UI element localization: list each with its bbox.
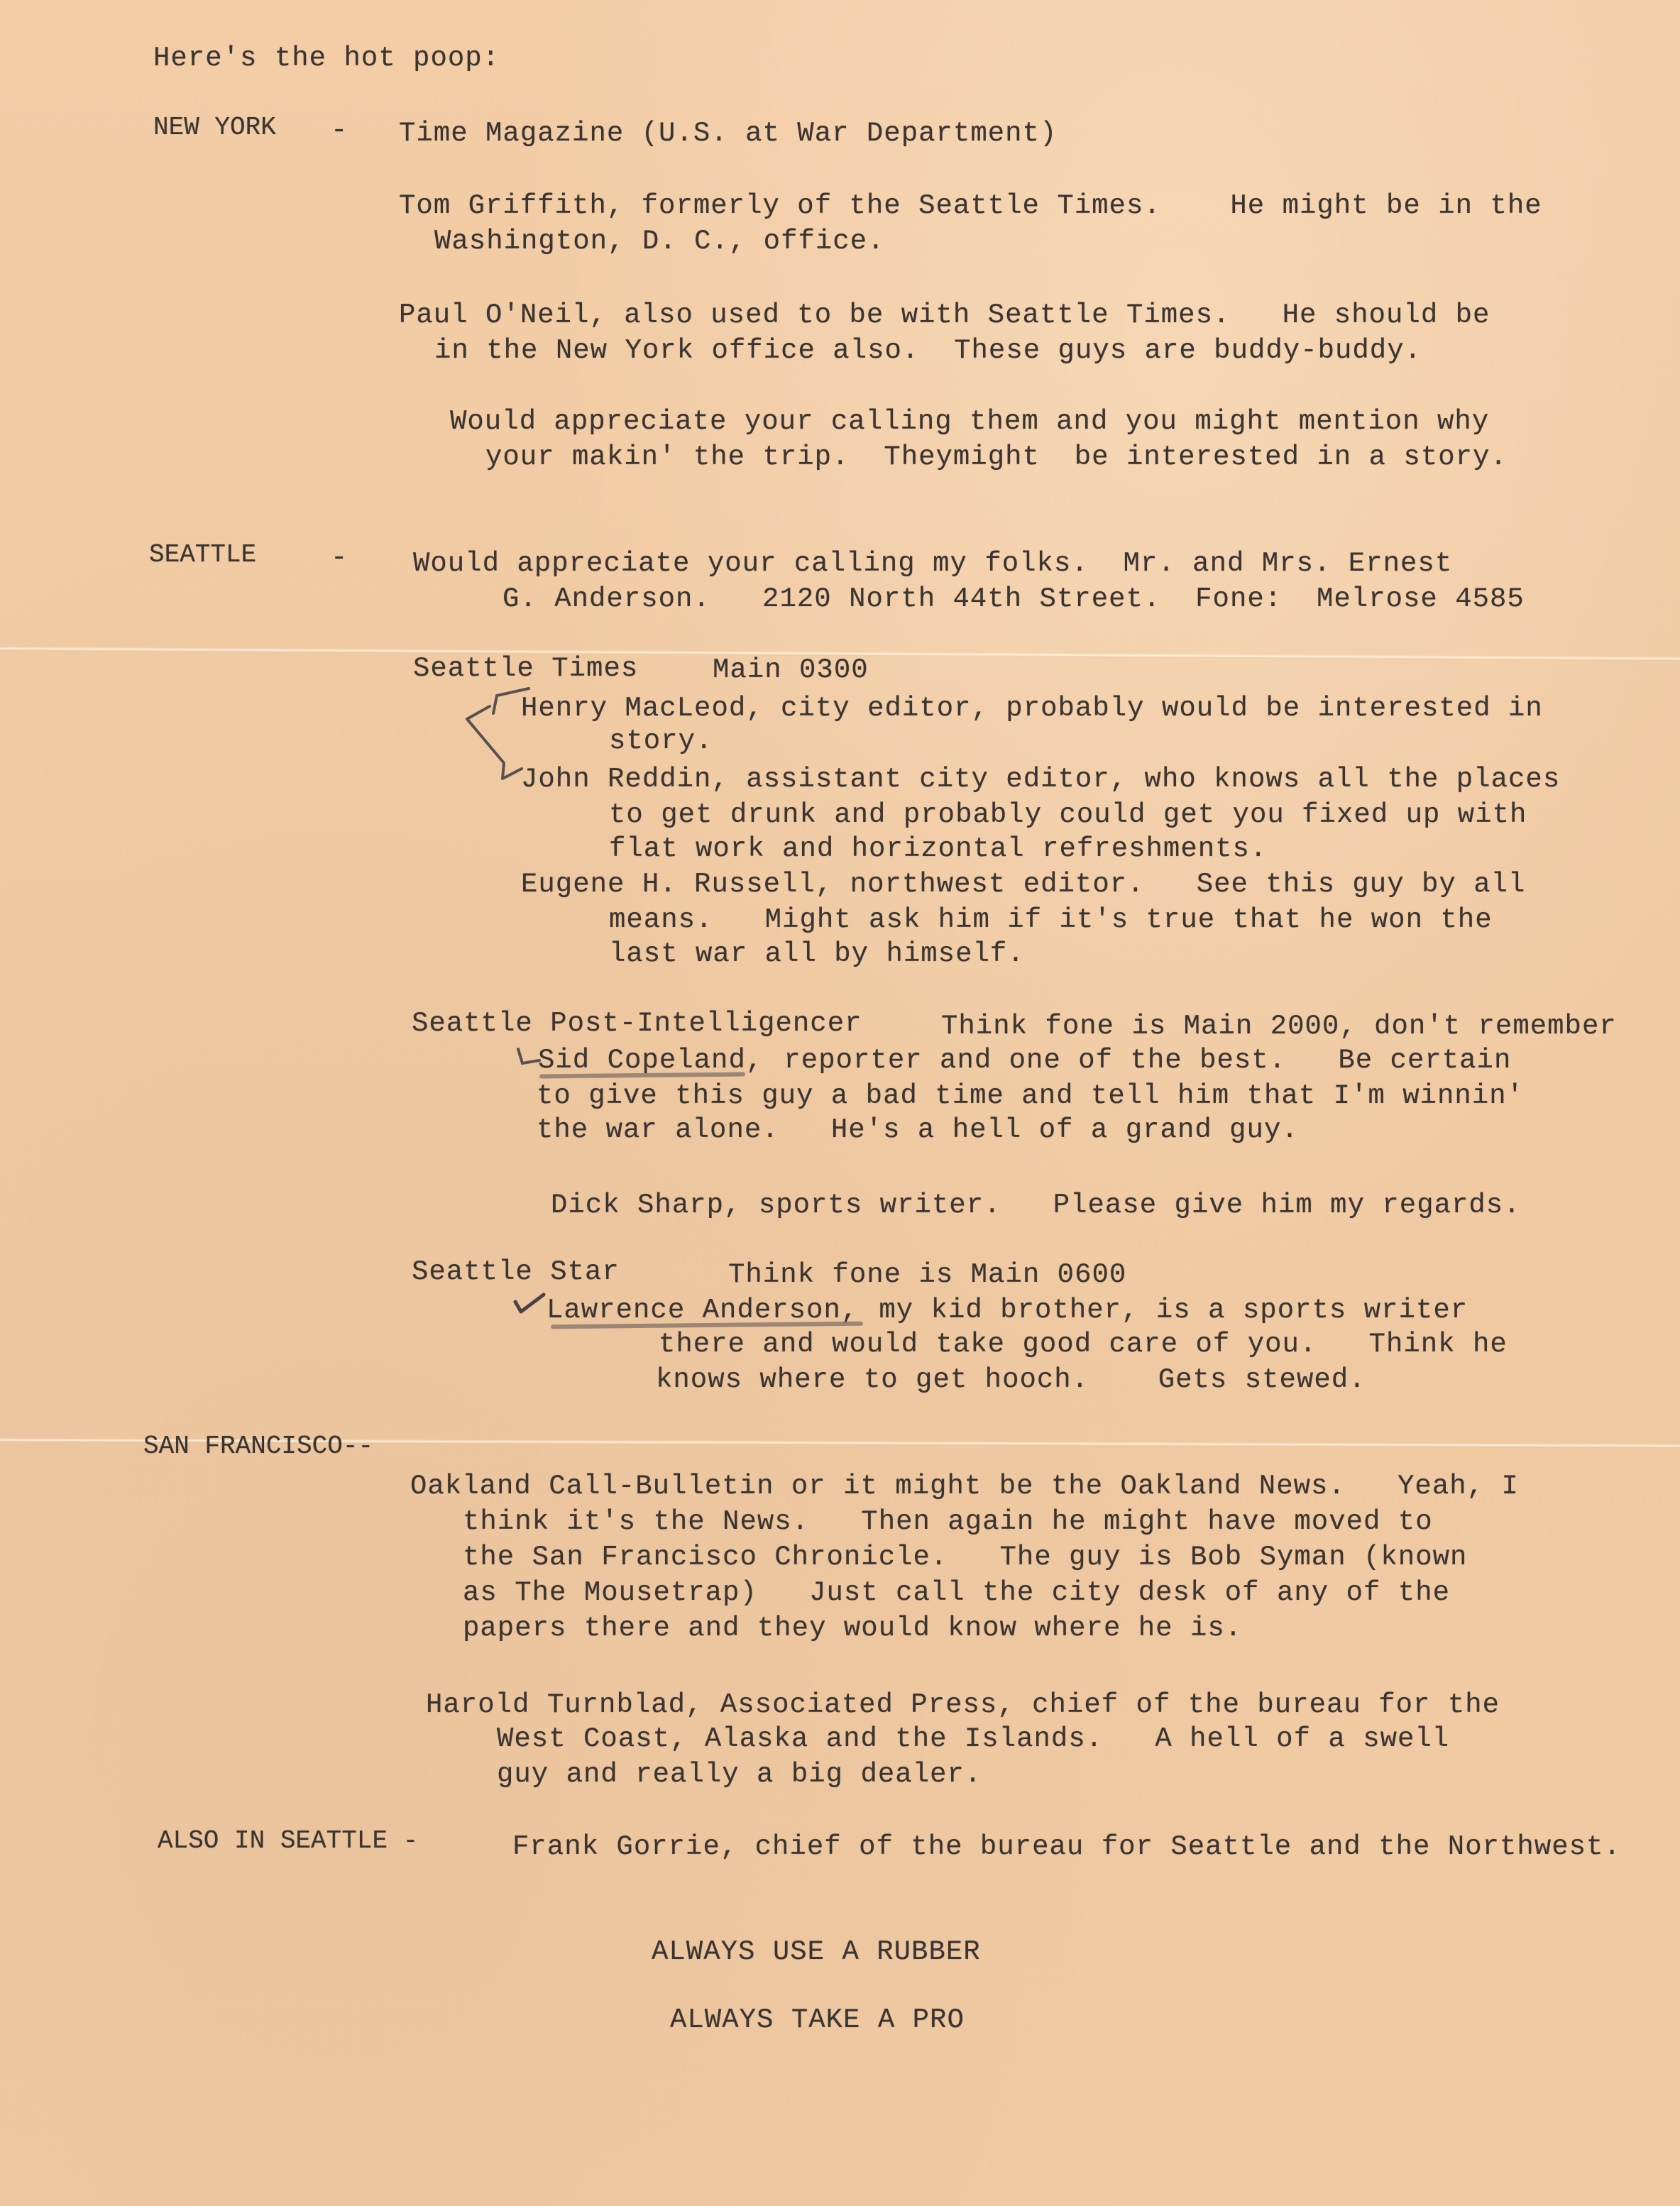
pencil-check-icon	[512, 1290, 548, 1319]
paper-name-seattle-times: Seattle Times	[413, 652, 638, 686]
section-dash: -	[331, 114, 348, 148]
closing-line-2: ALWAYS TAKE A PRO	[670, 2003, 965, 2037]
contact-john-reddin-line3: flat work and horizontal refreshments.	[609, 832, 1267, 866]
paper-phone-seattle-star: Think fone is Main 0600	[728, 1258, 1126, 1292]
contact-eugene-russell-line2: means. Might ask him if it's true that h…	[609, 903, 1493, 937]
contact-henry-macleod-line1: Henry MacLeod, city editor, probably wou…	[521, 691, 1543, 725]
section-heading-san-francisco: SAN FRANCISCO--	[143, 1429, 373, 1464]
section-heading-new-york: NEW YORK	[153, 111, 276, 145]
contact-lawrence-anderson-line2: there and would take good care of you. T…	[659, 1327, 1508, 1361]
contact-harold-turnblad-line3: guy and really a big dealer.	[497, 1757, 982, 1791]
contact-henry-macleod-line2: story.	[609, 724, 713, 758]
section-heading-also-in-seattle: ALSO IN SEATTLE -	[158, 1824, 418, 1858]
contact-tom-griffith-line2: Washington, D. C., office.	[434, 224, 885, 258]
new-york-note-line1: Would appreciate your calling them and y…	[450, 405, 1489, 439]
contact-tom-griffith-line1: Tom Griffith, formerly of the Seattle Ti…	[399, 189, 1542, 223]
contact-dick-sharp: Dick Sharp, sports writer. Please give h…	[551, 1188, 1521, 1222]
contact-john-reddin-line2: to get drunk and probably could get you …	[609, 798, 1527, 832]
contact-eugene-russell-line1: Eugene H. Russell, northwest editor. See…	[521, 867, 1525, 901]
seattle-folks-line2: G. Anderson. 2120 North 44th Street. Fon…	[503, 582, 1525, 616]
contact-lawrence-anderson-line1: my kid brother, is a sports writer	[862, 1293, 1468, 1327]
sf-paragraph-line3: the San Francisco Chronicle. The guy is …	[463, 1540, 1467, 1574]
contact-lawrence-anderson-line3: knows where to get hooch. Gets stewed.	[656, 1363, 1366, 1397]
paper-name-seattle-star: Seattle Star	[412, 1255, 620, 1289]
greeting: Here's the hot poop:	[153, 41, 500, 75]
sf-paragraph-line2: think it's the News. Then again he might…	[463, 1505, 1433, 1539]
contact-sid-copeland-line1: reporter and one of the best. Be certain	[767, 1043, 1511, 1077]
paper-phone-seattle-pi: Think fone is Main 2000, don't remember	[941, 1009, 1617, 1043]
contact-sid-copeland-line3: the war alone. He's a hell of a grand gu…	[537, 1113, 1299, 1147]
contact-harold-turnblad-line1: Harold Turnblad, Associated Press, chief…	[426, 1688, 1500, 1722]
paper-name-seattle-pi: Seattle Post-Intelligencer	[412, 1006, 862, 1041]
seattle-folks-line1: Would appreciate your calling my folks. …	[413, 547, 1452, 581]
contact-paul-oneil-line1: Paul O'Neil, also used to be with Seattl…	[399, 298, 1490, 332]
section-dash: -	[331, 541, 348, 575]
contact-harold-turnblad-line2: West Coast, Alaska and the Islands. A he…	[497, 1722, 1449, 1756]
contact-paul-oneil-line2: in the New York office also. These guys …	[434, 334, 1422, 368]
new-york-intro: Time Magazine (U.S. at War Department)	[399, 116, 1057, 150]
new-york-note-line2: your makin' the trip. Theymight be inter…	[485, 440, 1508, 474]
contact-eugene-russell-line3: last war all by himself.	[609, 937, 1025, 971]
sf-paragraph-line5: papers there and they would know where h…	[463, 1611, 1242, 1645]
contact-sid-copeland-line2: to give this guy a bad time and tell him…	[537, 1079, 1524, 1113]
contact-john-reddin-line1: John Reddin, assistant city editor, who …	[521, 762, 1560, 796]
paper-phone-seattle-times: Main 0300	[713, 653, 869, 687]
section-heading-seattle: SEATTLE	[149, 538, 256, 572]
sf-paragraph-line1: Oakland Call-Bulletin or it might be the…	[410, 1469, 1519, 1503]
sf-paragraph-line4: as The Mousetrap) Just call the city des…	[463, 1576, 1450, 1610]
contact-frank-gorrie: Frank Gorrie, chief of the bureau for Se…	[512, 1830, 1621, 1864]
closing-line-1: ALWAYS USE A RUBBER	[652, 1935, 981, 1969]
